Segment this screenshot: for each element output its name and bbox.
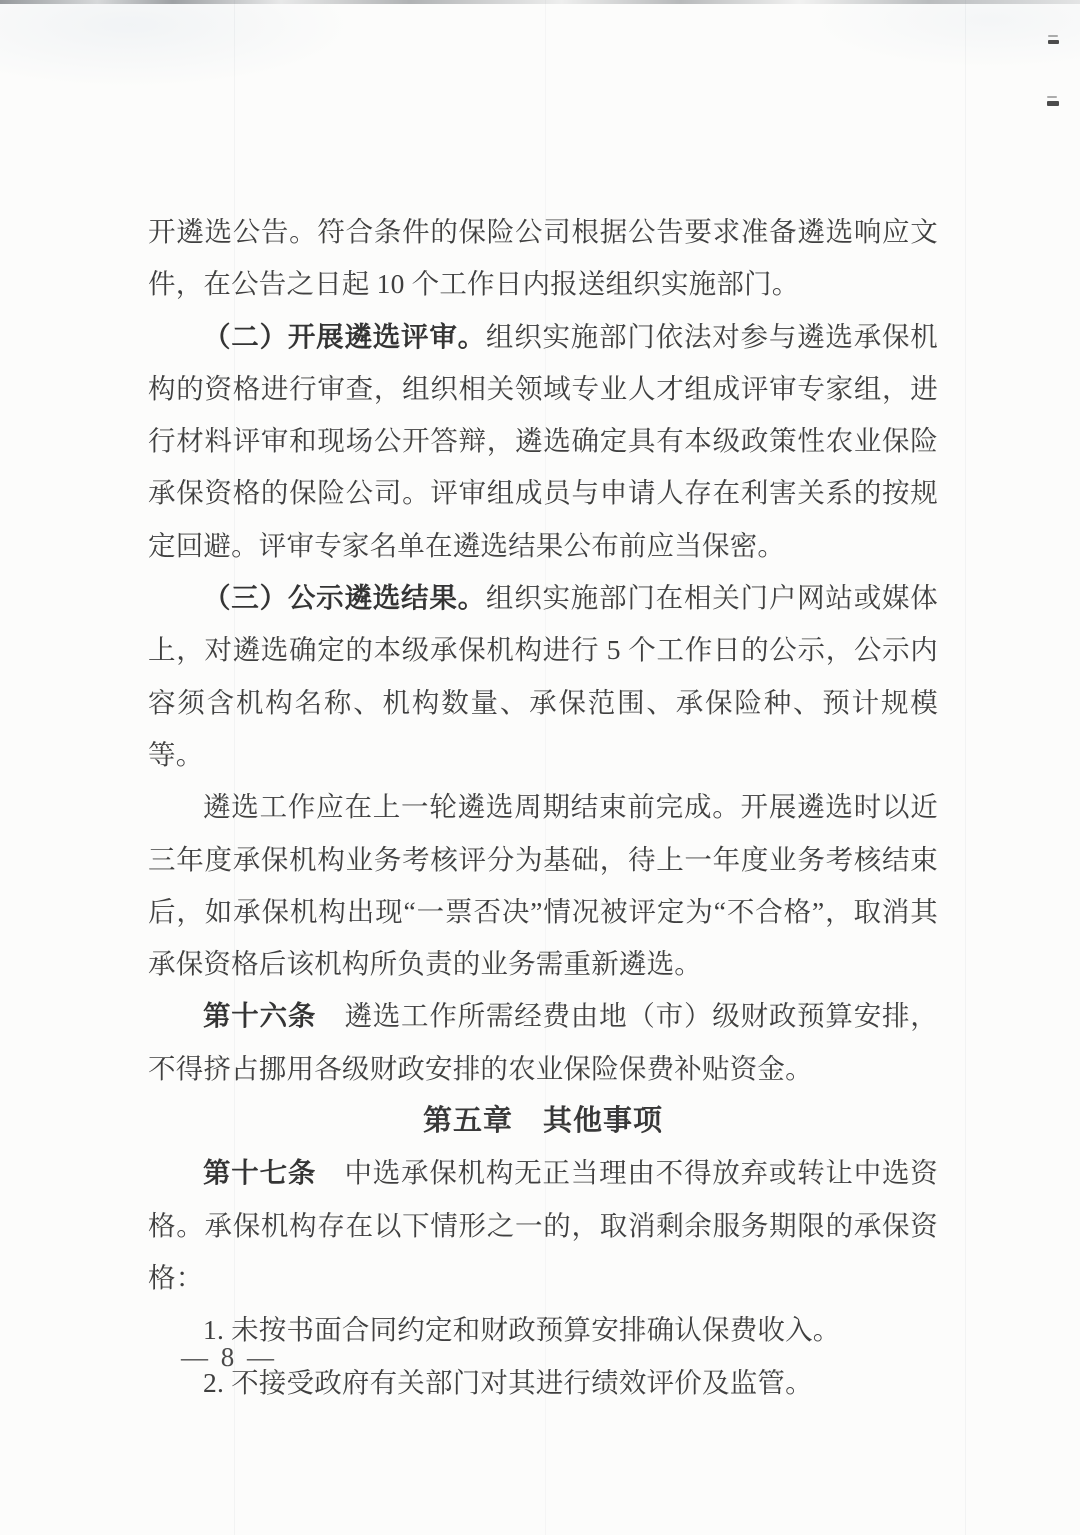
paragraph-selection-cycle: 遴选工作应在上一轮遴选周期结束前完成。开展遴选时以近三年度承保机构业务考核评分为… (148, 781, 938, 990)
scan-ink-mark (1047, 101, 1059, 106)
paragraph-article-17: 第十七条 中选承保机构无正当理由不得放弃或转让中选资格。承保机构存在以下情形之一… (148, 1147, 938, 1304)
paragraph-text: 组织实施部门依法对参与遴选承保机构的资格进行审查，组织相关领域专业人才组成评审专… (148, 321, 938, 561)
paragraph-text: 2. 不接受政府有关部门对其进行绩效评价及监管。 (203, 1367, 813, 1398)
paragraph-continuation: 开遴选公告。符合条件的保险公司根据公告要求准备遴选响应文件，在公告之日起 10 … (148, 206, 938, 311)
paragraph-text: 开遴选公告。符合条件的保险公司根据公告要求准备遴选响应文件，在公告之日起 10 … (148, 216, 938, 299)
scan-ink-mark (1048, 40, 1059, 44)
paragraph-text: 1. 未按书面合同约定和财政预算安排确认保费收入。 (203, 1314, 841, 1345)
document-text-block: 开遴选公告。符合条件的保险公司根据公告要求准备遴选响应文件，在公告之日起 10 … (148, 206, 938, 1409)
paragraph-article-16: 第十六条 遴选工作所需经费由地（市）级财政预算安排，不得挤占挪用各级财政安排的农… (148, 990, 938, 1095)
page-number: — 8 — (181, 1337, 277, 1377)
paper-crease-line (965, 0, 966, 1535)
paragraph-lead: （三）公示遴选结果。 (203, 582, 486, 613)
paragraph-text: 遴选工作应在上一轮遴选周期结束前完成。开展遴选时以近三年度承保机构业务考核评分为… (148, 791, 938, 979)
paragraph-lead: （二）开展遴选评审。 (203, 321, 486, 352)
scan-edge-artifact (0, 0, 1080, 4)
article-number-label: 第十七条 (203, 1157, 316, 1188)
chapter-heading: 第五章 其他事项 (148, 1095, 938, 1147)
paragraph-item-2: （二）开展遴选评审。组织实施部门依法对参与遴选承保机构的资格进行审查，组织相关领… (148, 311, 938, 572)
document-page: 开遴选公告。符合条件的保险公司根据公告要求准备遴选响应文件，在公告之日起 10 … (0, 0, 1080, 1535)
paragraph-item-3: （三）公示遴选结果。组织实施部门在相关门户网站或媒体上，对遴选确定的本级承保机构… (148, 572, 938, 781)
article-number-label: 第十六条 (203, 1000, 316, 1031)
